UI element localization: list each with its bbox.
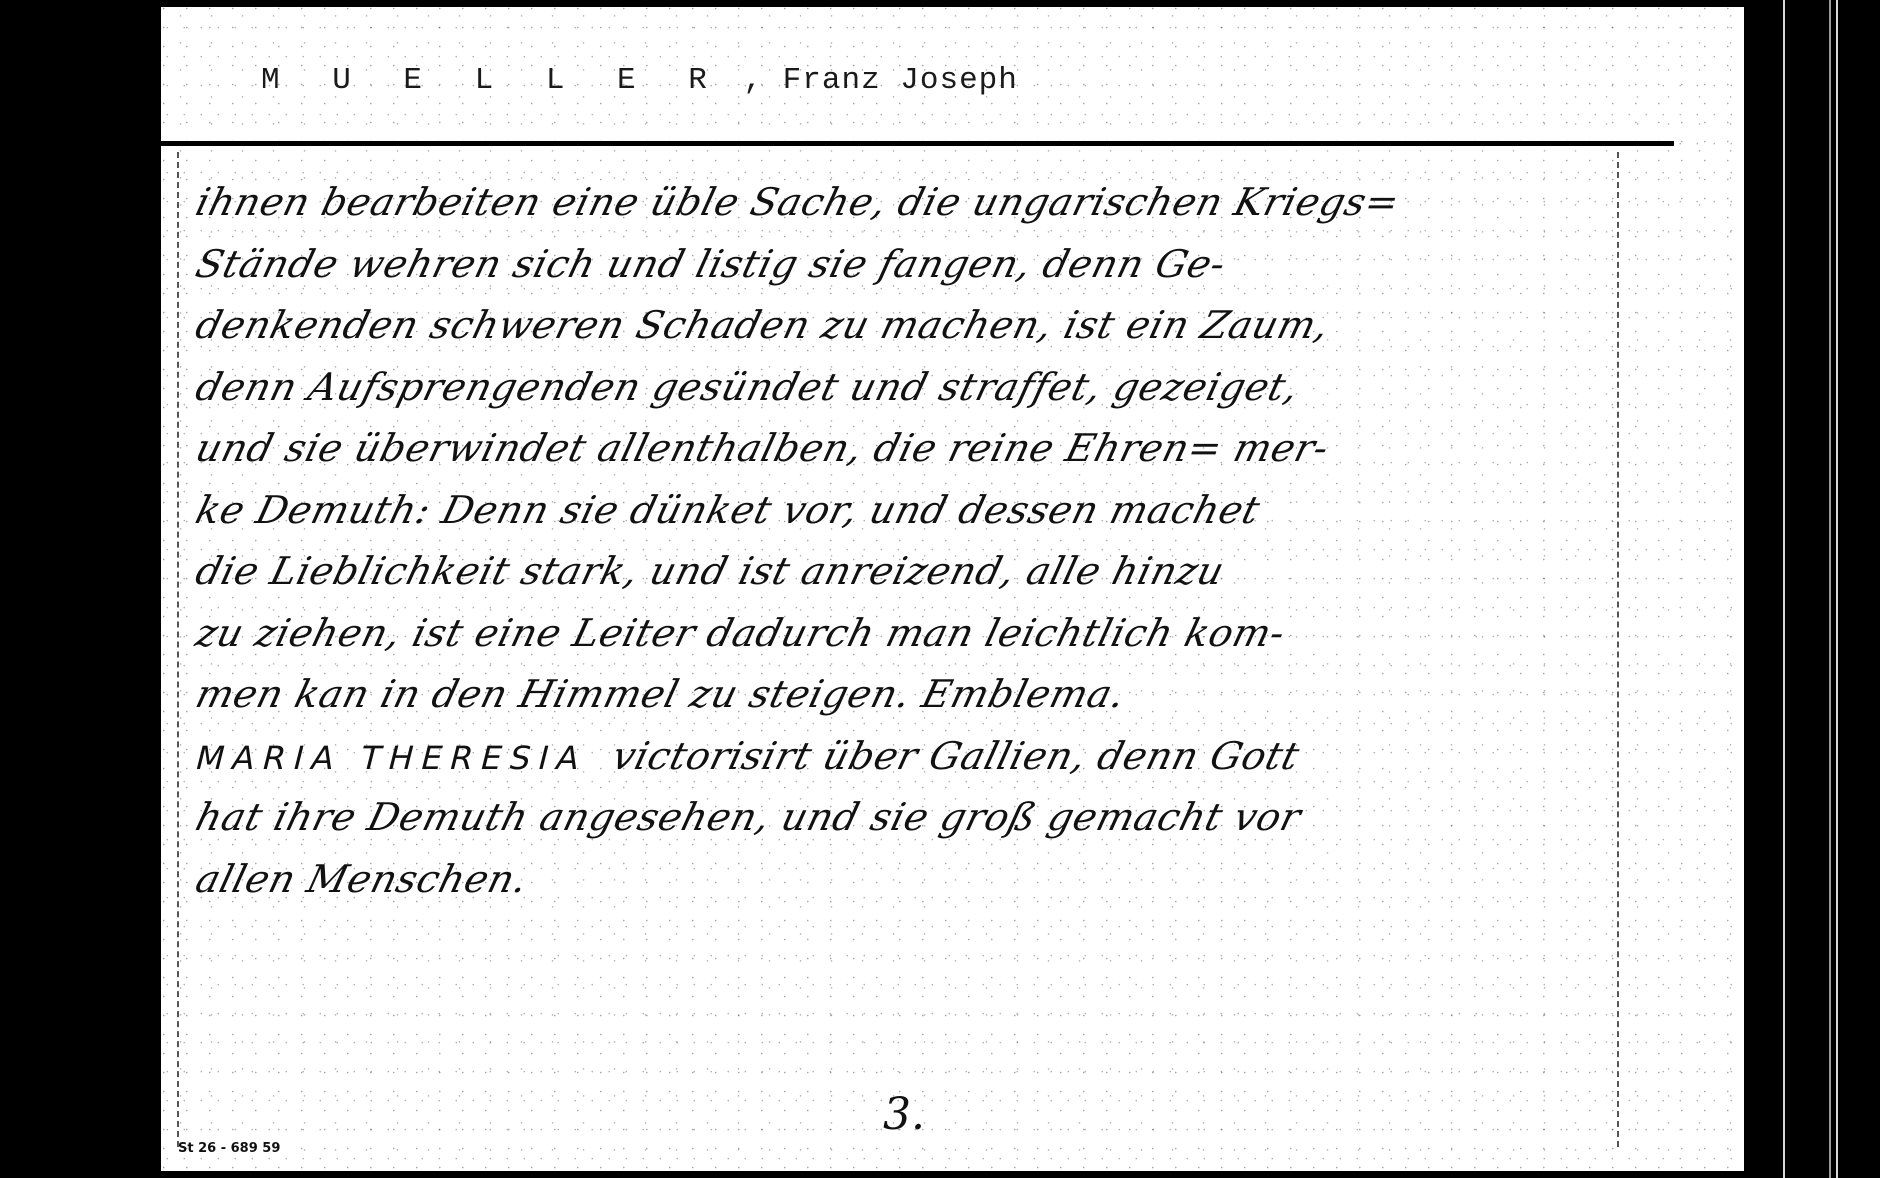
handwritten-line-2: Stände wehren sich und listig sie fangen… (189, 234, 1658, 296)
handwritten-line-6: ke Demuth: Denn sie dünket vor, und dess… (189, 480, 1658, 542)
handwritten-line-12: allen Menschen. (189, 849, 1658, 911)
header-rule (161, 141, 1674, 146)
footer-archive-code: St 26 - 689 59 (178, 1141, 280, 1156)
handwritten-line-7: die Lieblichkeit stark, und ist anreizen… (189, 541, 1658, 603)
given-names: Franz Joseph (783, 63, 1018, 98)
handwritten-text-block: ihnen bearbeiten eine üble Sache, die un… (189, 172, 1614, 910)
left-margin-line (177, 152, 179, 1147)
handwritten-line-10-text: victorisirt über Gallien, denn Gott (608, 734, 1304, 778)
handwritten-line-5: und sie überwindet allenthalben, die rei… (189, 418, 1658, 480)
handwritten-line-10: MARIA THERESIA victorisirt über Gallien,… (189, 726, 1658, 788)
scanned-page: M U E L L E R , Franz Joseph ihnen bearb… (161, 7, 1744, 1171)
document-header-name: M U E L L E R , Franz Joseph (261, 63, 1018, 98)
scan-edge-line (1836, 0, 1838, 1178)
scan-edge-line (1783, 0, 1785, 1178)
surname: M U E L L E R (261, 63, 724, 98)
handwritten-line-4: denn Aufsprengenden gesündet und straffe… (189, 357, 1658, 419)
name-separator: , (724, 63, 783, 98)
handwritten-line-9: men kan in den Himmel zu steigen. Emblem… (189, 664, 1658, 726)
handwritten-line-3: denkenden schweren Schaden zu machen, is… (189, 295, 1658, 357)
maria-theresia-caps: MARIA THERESIA (192, 739, 592, 777)
handwritten-line-8: zu ziehen, ist eine Leiter dadurch man l… (189, 603, 1658, 665)
handwritten-line-1: ihnen bearbeiten eine üble Sache, die un… (189, 172, 1658, 234)
scan-edge-line (1829, 0, 1831, 1178)
page-number: 3. (883, 1089, 925, 1140)
handwritten-line-11: hat ihre Demuth angesehen, und sie groß … (189, 787, 1658, 849)
